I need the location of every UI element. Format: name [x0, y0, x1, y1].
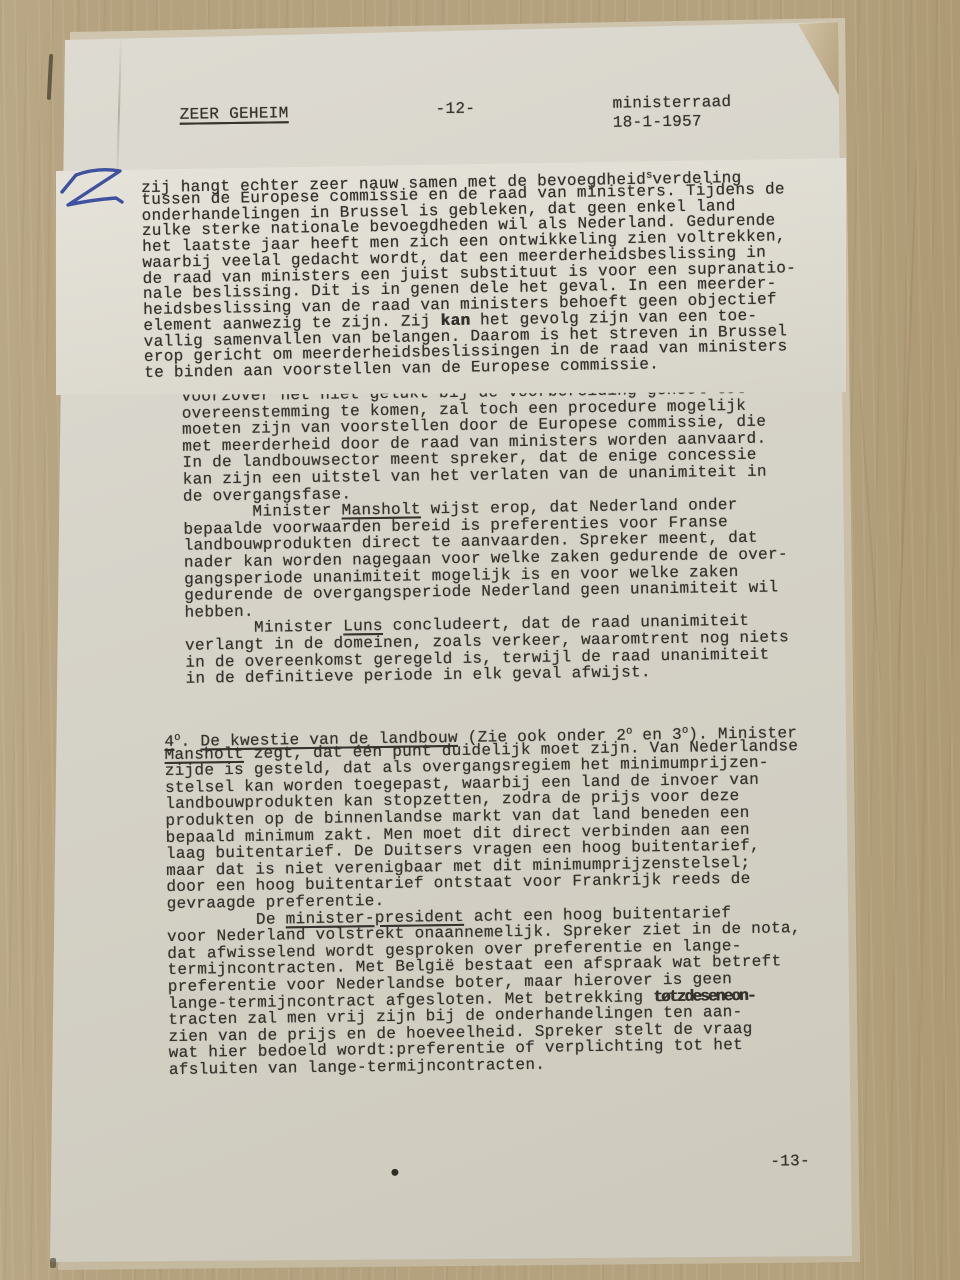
meeting-date: 18-1-1957 [613, 112, 732, 133]
wood-grain-line [859, 380, 882, 679]
ink-dot [391, 1169, 398, 1176]
slip-text: zij hangt echter zeer nauw samen met de … [141, 166, 798, 382]
classification-stamp: ZEER GEHEIM [180, 104, 289, 124]
desk-surface: ZEER GEHEIM -12- ministerraad 18-1-1957 … [0, 0, 960, 1280]
next-page-number: -13- [770, 1152, 810, 1171]
page-number: -12- [435, 100, 475, 119]
edge-smudge-mark [50, 1258, 56, 1268]
edge-pencil-mark [47, 54, 53, 100]
meeting-info: ministerraad 18-1-1957 [612, 93, 731, 133]
meeting-title: ministerraad [612, 93, 731, 114]
wood-grain-line [22, 620, 24, 1080]
paragraph-unanimity: voorzover het niet gelukt bij de voorber… [181, 380, 789, 687]
handwritten-z-mark [58, 162, 144, 216]
section-4-landbouw: 4o. De kwestie van de landbouw (Zie ook … [164, 721, 803, 1078]
pasted-slip: zij hangt echter zeer nauw samen met de … [56, 158, 846, 398]
wood-grain-line [918, 700, 927, 1120]
wood-grain-line [35, 60, 42, 360]
wood-grain-line [897, 160, 917, 680]
